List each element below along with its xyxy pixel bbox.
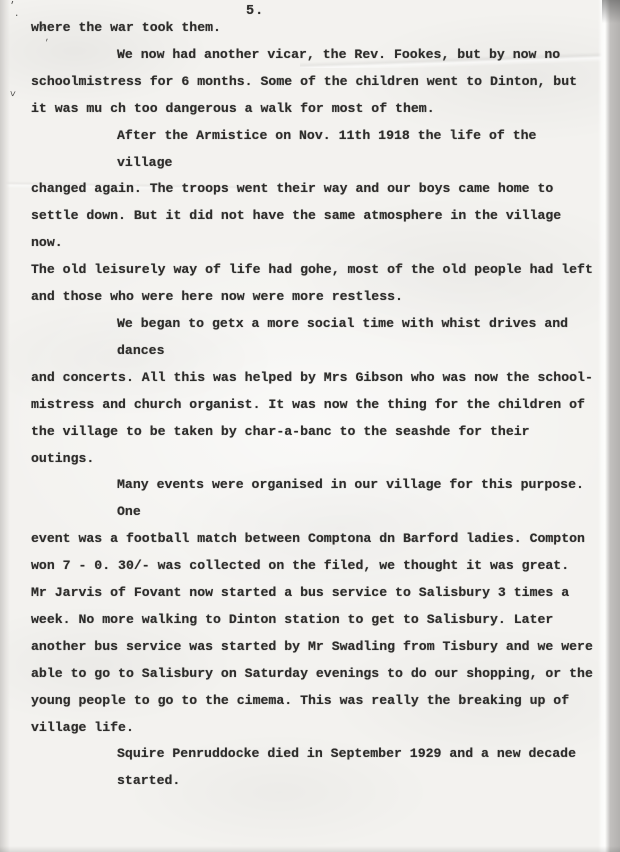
scan-edge-bottom	[0, 846, 620, 852]
paragraph: We began to getx a more social time with…	[31, 311, 593, 472]
text-line: able to go to Salisbury on Saturday even…	[31, 661, 593, 688]
text-line: Many events were organised in our villag…	[31, 472, 593, 526]
text-line: After the Armistice on Nov. 11th 1918 th…	[31, 123, 593, 177]
stray-mark: .	[14, 9, 19, 19]
text-line: where the war took them.	[31, 15, 593, 42]
paragraph: Squire Penruddocke died in September 192…	[31, 741, 593, 795]
paragraph: We now had another vicar, the Rev. Fooke…	[31, 42, 593, 123]
text-line: mistress and church organist. It was now…	[31, 392, 593, 419]
text-line: won 7 - 0. 30/- was collected on the fil…	[31, 553, 593, 580]
text-line: village life.	[31, 715, 593, 742]
text-line: We began to getx a more social time with…	[31, 311, 593, 365]
text-line: changed again. The troops went their way…	[31, 176, 593, 203]
text-line: The old leisurely way of life had gohe, …	[31, 257, 593, 284]
text-line: week. No more walking to Dinton station …	[31, 607, 593, 634]
scan-edge-corner	[602, 0, 620, 26]
document-body: where the war took them.We now had anoth…	[31, 15, 593, 795]
stray-mark: >	[5, 90, 16, 97]
text-line: Mr Jarvis of Fovant now started a bus se…	[31, 580, 593, 607]
text-line: young people to go to the cimema. This w…	[31, 688, 593, 715]
text-line: Squire Penruddocke died in September 192…	[31, 741, 593, 795]
text-line: settle down. But it did not have the sam…	[31, 203, 593, 257]
scanned-page: ' . ’ , > 5. where the war took them.We …	[0, 0, 620, 852]
text-line: and concerts. All this was helped by Mrs…	[31, 365, 593, 392]
text-line: event was a football match between Compt…	[31, 526, 593, 553]
scan-edge-right	[598, 0, 620, 852]
text-line: another bus service was started by Mr Sw…	[31, 634, 593, 661]
text-line: it was mu ch too dangerous a walk for mo…	[31, 96, 593, 123]
text-line: We now had another vicar, the Rev. Fooke…	[31, 42, 593, 69]
paragraph: After the Armistice on Nov. 11th 1918 th…	[31, 123, 593, 311]
stray-mark: '	[6, 0, 15, 12]
text-line: and those who were here now were more re…	[31, 284, 593, 311]
paragraph: Many events were organised in our villag…	[31, 472, 593, 741]
text-line: the village to be taken by char-a-banc t…	[31, 419, 593, 473]
scan-edge-left	[0, 0, 10, 852]
text-line: schoolmistress for 6 months. Some of the…	[31, 69, 593, 96]
paragraph: where the war took them.	[31, 15, 593, 42]
